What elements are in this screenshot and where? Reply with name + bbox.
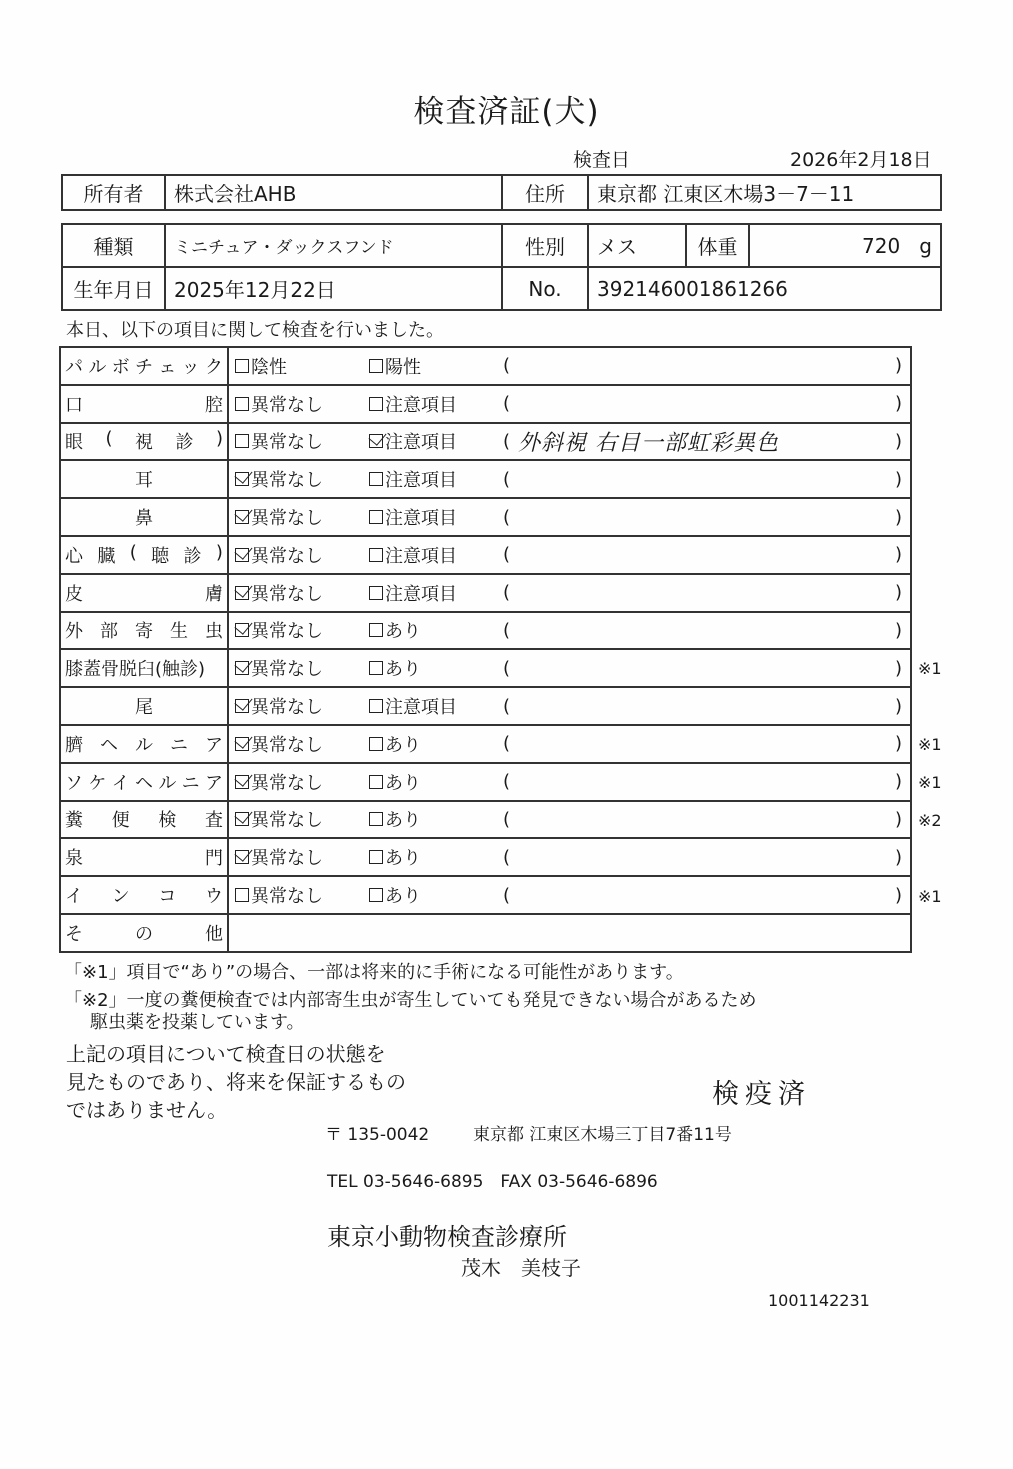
checkbox-icon[interactable] xyxy=(235,548,249,562)
paren-open: ( xyxy=(503,809,510,830)
footnote-mark: ※1 xyxy=(918,659,942,678)
option-2-label: 注意項目 xyxy=(385,542,457,568)
owner-table: 所有者 株式会社AHB 住所 東京都 江東区木場3－7－11 xyxy=(61,174,942,211)
inspection-row: 口腔 異常なし 注意項目 ( ) xyxy=(60,385,911,423)
checkbox-icon[interactable] xyxy=(235,510,249,524)
option-1[interactable]: 異常なし xyxy=(235,844,369,870)
paren-close: ) xyxy=(895,393,902,414)
breed-label: 種類 xyxy=(62,224,165,267)
item-name: 臍ヘルニア xyxy=(60,725,228,763)
checkbox-icon[interactable] xyxy=(369,359,383,373)
item-options: 異常なし 注意項目 ( ) xyxy=(228,385,911,423)
clinic-address: 東京都 江東区木場三丁目7番11号 xyxy=(473,1120,732,1145)
item-name-char: 外 xyxy=(65,617,83,643)
option-2[interactable]: あり xyxy=(369,882,503,908)
item-name-char: 査 xyxy=(205,806,223,832)
option-1-label: 異常なし xyxy=(251,391,323,417)
item-name: 膝蓋骨脱臼(触診) xyxy=(60,649,228,687)
option-2-label: 注意項目 xyxy=(385,466,457,492)
item-name-char: ) xyxy=(216,542,223,568)
inspection-row: 鼻 異常なし 注意項目 ( ) xyxy=(60,498,911,536)
breed-value: ミニチュア・ダックスフンド xyxy=(165,224,502,267)
option-2-label: 陽性 xyxy=(385,353,421,379)
paren-close: ) xyxy=(895,809,902,830)
item-name-char: 部 xyxy=(100,617,118,643)
checkbox-icon[interactable] xyxy=(235,359,249,373)
birthdate-label: 生年月日 xyxy=(62,267,165,310)
item-name-char: ) xyxy=(216,428,223,454)
option-1-label: 異常なし xyxy=(251,693,323,719)
remarks-field[interactable]: ( ) xyxy=(503,847,906,868)
item-options: 異常なし あり ( ) xyxy=(228,725,911,763)
checkbox-icon[interactable] xyxy=(235,397,249,411)
clinic-tel-fax: TEL 03-5646-6895 FAX 03-5646-6896 xyxy=(327,1167,658,1192)
remarks-field[interactable]: ( ) xyxy=(503,658,906,679)
remarks-field[interactable]: ( 外斜視 右目一部虹彩異色 ) xyxy=(503,426,906,457)
item-name: 外部寄生虫 xyxy=(60,612,228,650)
option-1-label: 異常なし xyxy=(251,580,323,606)
checkbox-icon[interactable] xyxy=(369,397,383,411)
checkbox-icon[interactable] xyxy=(235,888,249,902)
sex-label: 性別 xyxy=(502,224,588,267)
option-1-label: 異常なし xyxy=(251,731,323,757)
serial-number: 1001142231 xyxy=(768,1291,870,1310)
option-1-label: 異常なし xyxy=(251,806,323,832)
item-name-char: 診 xyxy=(175,428,193,454)
paren-open: ( xyxy=(503,469,510,490)
paren-close: ) xyxy=(895,620,902,641)
item-name-char: 検 xyxy=(158,806,176,832)
inspection-row: 泉門 異常なし あり ( ) xyxy=(60,838,911,876)
paren-open: ( xyxy=(503,582,510,603)
address-label: 住所 xyxy=(502,175,588,210)
sex-value: メス xyxy=(588,224,686,267)
option-2[interactable]: 注意項目 xyxy=(369,391,503,417)
disclaimer-line: 見たものであり、将来を保証するもの xyxy=(66,1068,406,1096)
paren-open: ( xyxy=(503,733,510,754)
weight-unit: g xyxy=(919,234,932,258)
item-name-char: ク xyxy=(205,353,223,379)
checkbox-icon[interactable] xyxy=(369,812,383,826)
item-name-char: ェ xyxy=(158,353,176,379)
page-title: 検査済証(犬) xyxy=(0,86,1013,131)
item-options: 異常なし あり ( ) xyxy=(228,763,911,801)
inspection-row: 眼(視診) 異常なし 注意項目 ( 外斜視 右目一部虹彩異色 ) xyxy=(60,423,911,461)
item-name-char: ル xyxy=(135,731,153,757)
item-name-char: 診 xyxy=(184,542,202,568)
checkbox-icon[interactable] xyxy=(235,775,249,789)
checkbox-icon[interactable] xyxy=(369,699,383,713)
checkbox-icon[interactable] xyxy=(369,623,383,637)
inspection-row: 糞便検査 異常なし あり ( ) xyxy=(60,801,911,839)
option-1-label: 異常なし xyxy=(251,882,323,908)
paren-close: ) xyxy=(895,733,902,754)
item-name-char: 他 xyxy=(205,920,223,946)
item-name-char: ( xyxy=(130,542,137,568)
paren-close: ) xyxy=(895,507,902,528)
footnote-mark: ※2 xyxy=(918,811,942,830)
remarks-field[interactable]: ( ) xyxy=(503,620,906,641)
inspection-row: パルボチェック 陰性 陽性 ( ) xyxy=(60,347,911,385)
remarks-field[interactable]: ( ) xyxy=(503,771,906,792)
option-2-label: あり xyxy=(385,655,421,681)
item-name-char: ( xyxy=(105,428,112,454)
paren-open: ( xyxy=(503,355,510,376)
item-name-char: 臍 xyxy=(65,731,83,757)
item-name-char: 門 xyxy=(205,844,223,870)
item-name-char: 寄 xyxy=(135,617,153,643)
item-name-char: そ xyxy=(65,920,83,946)
option-1-label: 異常なし xyxy=(251,428,323,454)
option-1[interactable]: 異常なし xyxy=(235,391,369,417)
paren-open: ( xyxy=(503,431,510,452)
item-options: 異常なし あり ( ) xyxy=(228,838,911,876)
item-name: パルボチェック xyxy=(60,347,228,385)
item-name-char: 視 xyxy=(135,428,153,454)
item-name-char: イ xyxy=(65,882,83,908)
item-name: 鼻 xyxy=(60,498,228,536)
footnote-1: 「※1」項目で“あり”の場合、一部は将来的に手術になる可能性があります。 xyxy=(64,958,684,984)
remarks-field[interactable]: ( ) xyxy=(503,885,906,906)
item-name-char: ボ xyxy=(112,353,130,379)
item-name-char: の xyxy=(135,920,153,946)
item-name: 皮膚 xyxy=(60,574,228,612)
paren-close: ) xyxy=(895,355,902,376)
inspection-row: 外部寄生虫 異常なし あり ( ) xyxy=(60,612,911,650)
item-name-char: 口 xyxy=(65,391,83,417)
item-name-char: ヘ xyxy=(100,731,118,757)
footnote-2-cont: 駆虫薬を投薬しています。 xyxy=(90,1008,305,1034)
animal-table: 種類 ミニチュア・ダックスフンド 性別 メス 体重 720 g 生年月日 202… xyxy=(61,223,942,311)
item-name-char: 便 xyxy=(112,806,130,832)
item-name-char: パ xyxy=(65,353,83,379)
paren-close: ) xyxy=(895,431,902,452)
postal-code: 〒 135-0042 xyxy=(325,1120,429,1145)
item-name: 耳 xyxy=(60,460,228,498)
option-1[interactable]: 異常なし xyxy=(235,466,369,492)
item-name-char: イ xyxy=(112,769,130,795)
checkbox-icon[interactable] xyxy=(235,434,249,448)
item-options: 陰性 陽性 ( ) xyxy=(228,347,911,385)
paren-close: ) xyxy=(895,469,902,490)
remarks-field[interactable]: ( ) xyxy=(503,507,906,528)
item-name-char: ケ xyxy=(88,769,106,795)
item-name-char: 糞 xyxy=(65,806,83,832)
footnote-mark: ※1 xyxy=(918,773,942,792)
checkbox-icon[interactable] xyxy=(235,586,249,600)
item-name-char: 尾 xyxy=(135,693,153,719)
option-1-label: 異常なし xyxy=(251,655,323,681)
inspection-row: インコウ 異常なし あり ( ) xyxy=(60,876,911,914)
number-value: 392146001861266 xyxy=(588,267,941,310)
option-1-label: 陰性 xyxy=(251,353,287,379)
paren-close: ) xyxy=(895,847,902,868)
option-1[interactable]: 陰性 xyxy=(235,353,369,379)
intro-text: 本日、以下の項目に関して検査を行いました。 xyxy=(66,316,444,342)
option-2-label: 注意項目 xyxy=(385,580,457,606)
item-name: その他 xyxy=(60,914,228,952)
birthdate-value: 2025年12月22日 xyxy=(165,267,502,310)
disclaimer-line: 上記の項目について検査日の状態を xyxy=(66,1040,406,1068)
item-name-char: 腔 xyxy=(205,391,223,417)
veterinarian-name: 茂木 美枝子 xyxy=(461,1252,581,1281)
item-options: 異常なし 注意項目 ( ) xyxy=(228,498,911,536)
option-1[interactable]: 異常なし xyxy=(235,655,369,681)
remarks-field[interactable]: ( ) xyxy=(503,393,906,414)
option-1-label: 異常なし xyxy=(251,769,323,795)
option-1-label: 異常なし xyxy=(251,844,323,870)
inspection-row: 耳 異常なし 注意項目 ( ) xyxy=(60,460,911,498)
checkbox-icon[interactable] xyxy=(235,850,249,864)
option-2-label: 注意項目 xyxy=(385,504,457,530)
checkbox-icon[interactable] xyxy=(235,699,249,713)
item-name-char: ウ xyxy=(205,882,223,908)
option-1[interactable]: 異常なし xyxy=(235,882,369,908)
item-name-char: 膝蓋骨脱臼(触診) xyxy=(65,655,205,681)
option-2-label: あり xyxy=(385,882,421,908)
option-2[interactable]: あり xyxy=(369,769,503,795)
checkbox-icon[interactable] xyxy=(235,812,249,826)
option-2[interactable]: 陽性 xyxy=(369,353,503,379)
inspection-row: 心臓(聴診) 異常なし 注意項目 ( ) xyxy=(60,536,911,574)
remarks-field[interactable]: ( ) xyxy=(503,582,906,603)
option-2[interactable]: 注意項目 xyxy=(369,428,503,454)
checkbox-icon[interactable] xyxy=(369,850,383,864)
remarks-field[interactable]: ( ) xyxy=(503,809,906,830)
option-1[interactable]: 異常なし xyxy=(235,769,369,795)
checkbox-icon[interactable] xyxy=(369,775,383,789)
remarks-field[interactable]: ( ) xyxy=(503,696,906,717)
item-name-char: ソ xyxy=(65,769,83,795)
paren-open: ( xyxy=(503,658,510,679)
inspection-row: 尾 異常なし 注意項目 ( ) xyxy=(60,687,911,725)
item-name-char: 心 xyxy=(65,542,83,568)
clinic-name: 東京小動物検査診療所 xyxy=(327,1217,567,1252)
option-2[interactable]: 注意項目 xyxy=(369,693,503,719)
weight-label: 体重 xyxy=(686,224,749,267)
paren-close: ) xyxy=(895,658,902,679)
item-name-char: ン xyxy=(112,882,130,908)
checkbox-icon[interactable] xyxy=(235,623,249,637)
item-name-char: ニ xyxy=(170,731,188,757)
option-2[interactable]: あり xyxy=(369,844,503,870)
item-options: 異常なし 注意項目 ( ) xyxy=(228,536,911,574)
item-options: 異常なし 注意項目 ( 外斜視 右目一部虹彩異色 ) xyxy=(228,423,911,461)
item-name-char: ヘ xyxy=(135,769,153,795)
item-name-char: ア xyxy=(205,769,223,795)
item-name-char: 虫 xyxy=(205,617,223,643)
checkbox-icon[interactable] xyxy=(369,434,383,448)
inspection-row: 皮膚 異常なし 注意項目 ( ) xyxy=(60,574,911,612)
paren-open: ( xyxy=(503,507,510,528)
other-field[interactable] xyxy=(228,914,911,952)
item-name: ソケイヘルニア xyxy=(60,763,228,801)
option-2-label: あり xyxy=(385,731,421,757)
option-1[interactable]: 異常なし xyxy=(235,580,369,606)
option-1-label: 異常なし xyxy=(251,504,323,530)
item-name: 尾 xyxy=(60,687,228,725)
inspection-row: 膝蓋骨脱臼(触診) 異常なし あり ( ) xyxy=(60,649,911,687)
quarantine-stamp: 検疫済 xyxy=(712,1072,811,1111)
paren-open: ( xyxy=(503,771,510,792)
item-name-char: 生 xyxy=(170,617,188,643)
item-name-char: 眼 xyxy=(65,428,83,454)
option-2-label: あり xyxy=(385,617,421,643)
item-options: 異常なし 注意項目 ( ) xyxy=(228,687,911,725)
paren-open: ( xyxy=(503,696,510,717)
item-name-char: 膚 xyxy=(205,580,223,606)
item-name-char: 皮 xyxy=(65,580,83,606)
remarks-field[interactable]: ( ) xyxy=(503,733,906,754)
option-2[interactable]: 注意項目 xyxy=(369,542,503,568)
option-1[interactable]: 異常なし xyxy=(235,806,369,832)
exam-date-value: 2026年2月18日 xyxy=(790,145,932,172)
item-options: 異常なし あり ( ) xyxy=(228,649,911,687)
option-1[interactable]: 異常なし xyxy=(235,542,369,568)
option-2[interactable]: 注意項目 xyxy=(369,504,503,530)
paren-close: ) xyxy=(895,885,902,906)
footnote-mark: ※1 xyxy=(918,887,942,906)
option-1-label: 異常なし xyxy=(251,542,323,568)
checkbox-icon[interactable] xyxy=(235,737,249,751)
item-options: 異常なし あり ( ) xyxy=(228,612,911,650)
option-2[interactable]: あり xyxy=(369,617,503,643)
item-name-char: 鼻 xyxy=(135,504,153,530)
inspection-row-other: その他 xyxy=(60,914,911,952)
option-1[interactable]: 異常なし xyxy=(235,693,369,719)
option-2[interactable]: あり xyxy=(369,655,503,681)
paren-close: ) xyxy=(895,771,902,792)
item-name: 糞便検査 xyxy=(60,801,228,839)
number-label: No. xyxy=(502,267,588,310)
checkbox-icon[interactable] xyxy=(369,737,383,751)
item-name-char: 耳 xyxy=(135,466,153,492)
option-2-label: あり xyxy=(385,769,421,795)
option-1[interactable]: 異常なし xyxy=(235,731,369,757)
remarks-field[interactable]: ( ) xyxy=(503,355,906,376)
inspection-row: 臍ヘルニア 異常なし あり ( ) xyxy=(60,725,911,763)
paren-open: ( xyxy=(503,885,510,906)
option-2[interactable]: あり xyxy=(369,806,503,832)
item-options: 異常なし あり ( ) xyxy=(228,876,911,914)
checkbox-icon[interactable] xyxy=(369,586,383,600)
option-2-label: 注意項目 xyxy=(385,391,457,417)
option-2-label: 注意項目 xyxy=(385,693,457,719)
paren-open: ( xyxy=(503,620,510,641)
option-1[interactable]: 異常なし xyxy=(235,617,369,643)
item-name-char: ッ xyxy=(182,353,200,379)
option-1[interactable]: 異常なし xyxy=(235,428,369,454)
option-2-label: あり xyxy=(385,844,421,870)
checkbox-icon[interactable] xyxy=(235,472,249,486)
weight-cell: 720 g xyxy=(749,224,941,267)
item-name-char: ル xyxy=(88,353,106,379)
item-name-char: ニ xyxy=(182,769,200,795)
footnote-mark: ※1 xyxy=(918,735,942,754)
item-name: 眼(視診) xyxy=(60,423,228,461)
option-1[interactable]: 異常なし xyxy=(235,504,369,530)
item-name: 口腔 xyxy=(60,385,228,423)
option-1-label: 異常なし xyxy=(251,617,323,643)
item-name: 泉門 xyxy=(60,838,228,876)
exam-date-label: 検査日 xyxy=(573,145,630,172)
item-options: 異常なし 注意項目 ( ) xyxy=(228,460,911,498)
item-name-char: ア xyxy=(205,731,223,757)
paren-open: ( xyxy=(503,847,510,868)
option-2-label: あり xyxy=(385,806,421,832)
disclaimer: 上記の項目について検査日の状態を 見たものであり、将来を保証するもの ではありま… xyxy=(66,1040,406,1124)
option-2[interactable]: 注意項目 xyxy=(369,466,503,492)
inspection-table: パルボチェック 陰性 陽性 ( ) 口腔 xyxy=(59,346,912,953)
checkbox-icon[interactable] xyxy=(369,661,383,675)
owner-label: 所有者 xyxy=(62,175,165,210)
paren-close: ) xyxy=(895,696,902,717)
paren-open: ( xyxy=(503,393,510,414)
checkbox-icon[interactable] xyxy=(369,548,383,562)
inspection-row: ソケイヘルニア 異常なし あり ( ) xyxy=(60,763,911,801)
item-name-char: チ xyxy=(135,353,153,379)
checkbox-icon[interactable] xyxy=(369,888,383,902)
paren-close: ) xyxy=(895,544,902,565)
weight-value: 720 xyxy=(862,234,900,258)
item-name-char: 聴 xyxy=(151,542,169,568)
remarks-text: 外斜視 右目一部虹彩異色 xyxy=(510,426,895,457)
item-name: インコウ xyxy=(60,876,228,914)
option-1-label: 異常なし xyxy=(251,466,323,492)
remarks-field[interactable]: ( ) xyxy=(503,544,906,565)
item-options: 異常なし 注意項目 ( ) xyxy=(228,574,911,612)
owner-value: 株式会社AHB xyxy=(165,175,502,210)
checkbox-icon[interactable] xyxy=(369,510,383,524)
paren-close: ) xyxy=(895,582,902,603)
paren-open: ( xyxy=(503,544,510,565)
remarks-field[interactable]: ( ) xyxy=(503,469,906,490)
item-name-char: 泉 xyxy=(65,844,83,870)
address-value: 東京都 江東区木場3－7－11 xyxy=(588,175,941,210)
item-name-char: 臓 xyxy=(97,542,115,568)
item-name-char: コ xyxy=(158,882,176,908)
checkbox-icon[interactable] xyxy=(235,661,249,675)
item-name-char: ル xyxy=(158,769,176,795)
option-2-label: 注意項目 xyxy=(385,428,457,454)
item-name: 心臓(聴診) xyxy=(60,536,228,574)
item-options: 異常なし あり ( ) xyxy=(228,801,911,839)
option-2[interactable]: 注意項目 xyxy=(369,580,503,606)
checkbox-icon[interactable] xyxy=(369,472,383,486)
option-2[interactable]: あり xyxy=(369,731,503,757)
